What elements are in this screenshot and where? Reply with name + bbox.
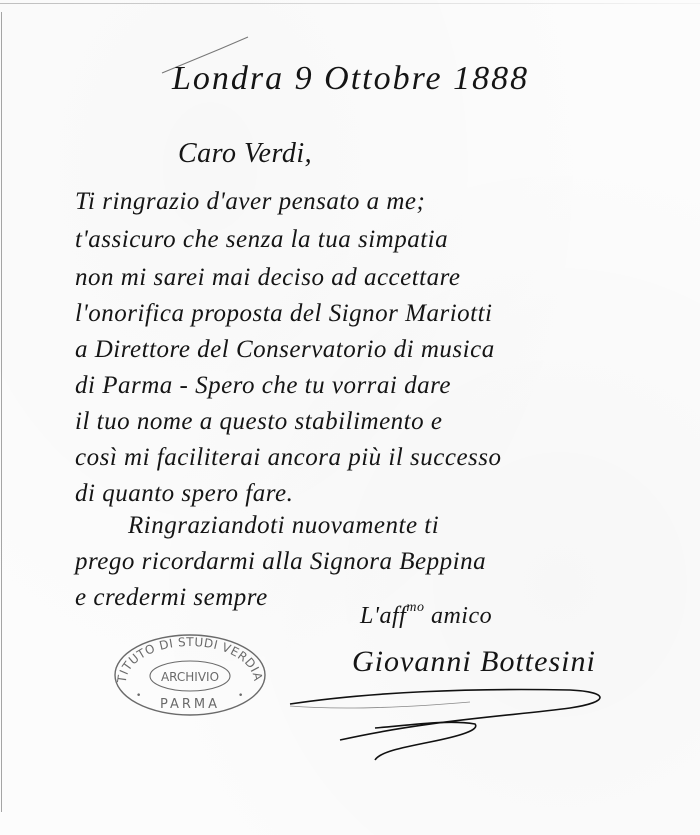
body-line: così mi faciliterai ancora più il succes…: [75, 444, 502, 472]
signature: Giovanni Bottesini: [352, 645, 596, 679]
closing-prefix: L'aff: [360, 603, 406, 629]
body-line: di quanto spero fare.: [75, 480, 293, 508]
page-top-edge: [0, 3, 700, 4]
body-line: il tuo nome a questo stabilimento e: [75, 408, 442, 436]
salutation: Caro Verdi,: [178, 138, 312, 170]
body-line: Ti ringrazio d'aver pensato a me;: [75, 188, 425, 216]
dateline: Londra 9 Ottobre 1888: [172, 60, 529, 98]
closing-superscript: mo: [406, 600, 424, 615]
stamp-inner-text: ARCHIVIO: [161, 670, 219, 684]
closing-word: amico: [431, 603, 492, 629]
body-line: e credermi sempre: [75, 584, 268, 612]
body-line: prego ricordarmi alla Signora Beppina: [75, 548, 486, 576]
closing: L'affmo amico: [360, 600, 492, 630]
body-line: Ringraziandoti nuovamente ti: [128, 512, 439, 540]
body-line: non mi sarei mai deciso ad accettare: [75, 264, 461, 292]
stamp-bottom-text: PARMA: [160, 697, 220, 712]
body-line: a Direttore del Conservatorio di musica: [75, 336, 495, 364]
signature-flourish: [280, 680, 640, 790]
stamp-oval-icon: ISTITUTO DI STUDI VERDIANI ARCHIVIO PARM…: [112, 632, 268, 718]
archive-stamp: ISTITUTO DI STUDI VERDIANI ARCHIVIO PARM…: [112, 632, 268, 718]
body-line: di Parma - Spero che tu vorrai dare: [75, 372, 451, 400]
letter-page: Londra 9 Ottobre 1888 Caro Verdi, Ti rin…: [0, 0, 700, 835]
body-line: t'assicuro che senza la tua simpatia: [75, 226, 448, 254]
page-left-edge: [1, 12, 2, 812]
stamp-separator-right: •: [238, 691, 243, 701]
body-line: l'onorifica proposta del Signor Mariotti: [75, 300, 493, 328]
stamp-separator-left: •: [136, 691, 141, 701]
